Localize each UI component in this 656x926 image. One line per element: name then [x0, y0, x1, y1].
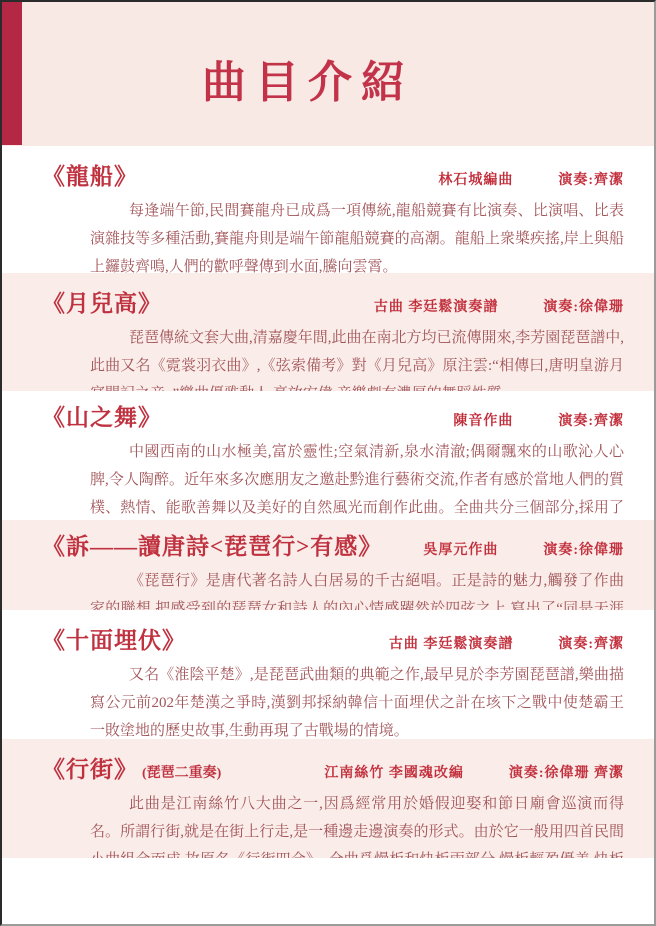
- section-header: 《十面埋伏》 古曲 李廷鬆演奏譜 演奏:齊潔: [42, 622, 624, 655]
- performer-credit: 演奏:徐偉珊: [543, 539, 624, 559]
- composer-credit: 陳音作曲: [453, 410, 513, 430]
- composer-credit: 吳厚元作曲: [423, 539, 498, 559]
- composer-credit: 古曲 李廷鬆演奏譜: [389, 633, 514, 653]
- program-section: 《行街》 (琵琶二重奏) 江南絲竹 李國魂改編 演奏:徐偉珊 齊潔 此曲是江南絲…: [2, 739, 654, 858]
- page-title: 曲目介紹: [2, 2, 614, 110]
- page-header: 曲目介紹: [2, 2, 654, 146]
- performer-credit: 演奏:齊潔: [558, 410, 624, 430]
- performer-credit: 演奏:徐偉珊: [543, 296, 624, 316]
- composer-credit: 林石城編曲: [438, 169, 513, 189]
- song-title: 《訴——讀唐詩<琵琶行>有感》: [42, 528, 382, 561]
- sections: 《龍船》 林石城編曲 演奏:齊潔 每逢端午節,民間賽龍舟已成爲一項傳統,龍船競賽…: [2, 146, 654, 858]
- composer-credit: 古曲 李廷鬆演奏譜: [374, 296, 499, 316]
- song-description: 中國西南的山水極美,富於靈性;空氣清新,泉水清澈;偶爾飄來的山歌沁人心脾,令人陶…: [90, 438, 624, 520]
- program-section: 《月兒高》 古曲 李廷鬆演奏譜 演奏:徐偉珊 琵琶傳統文套大曲,清嘉慶年間,此曲…: [2, 273, 654, 391]
- program-section: 《山之舞》 陳音作曲 演奏:齊潔 中國西南的山水極美,富於靈性;空氣清新,泉水清…: [2, 391, 654, 520]
- performer-credit: 演奏:齊潔: [558, 633, 624, 653]
- program-page: 曲目介紹 《龍船》 林石城編曲 演奏:齊潔 每逢端午節,民間賽龍舟已成爲一項傳統…: [0, 0, 656, 926]
- section-header: 《訴——讀唐詩<琵琶行>有感》 吳厚元作曲 演奏:徐偉珊: [42, 528, 624, 561]
- song-title: 《龍船》: [42, 158, 138, 191]
- song-description: 每逢端午節,民間賽龍舟已成爲一項傳統,龍船競賽有比演奏、比演唱、比表演雜技等多種…: [90, 197, 624, 273]
- song-description: 此曲是江南絲竹八大曲之一,因爲經常用於婚假迎娶和節日廟會巡演而得名。所謂行街,就…: [90, 790, 624, 858]
- composer-credit: 江南絲竹 李國魂改編: [324, 762, 464, 782]
- performer-credit: 演奏:徐偉珊 齊潔: [509, 762, 624, 782]
- song-title: 《月兒高》: [42, 285, 162, 318]
- section-header: 《山之舞》 陳音作曲 演奏:齊潔: [42, 399, 624, 432]
- song-description: 又名《淮陰平楚》,是琵琶武曲類的典範之作,最早見於李芳園琵琶譜,樂曲描寫公元前2…: [90, 661, 624, 739]
- section-header: 《行街》 (琵琶二重奏) 江南絲竹 李國魂改編 演奏:徐偉珊 齊潔: [42, 751, 624, 784]
- red-accent-bar: [2, 2, 22, 145]
- song-title: 《山之舞》: [42, 399, 162, 432]
- song-description: 《琵琶行》是唐代著名詩人白居易的千古絕唱。正是詩的魅力,觸發了作曲家的聯想,把感…: [90, 567, 624, 610]
- program-section: 《龍船》 林石城編曲 演奏:齊潔 每逢端午節,民間賽龍舟已成爲一項傳統,龍船競賽…: [2, 146, 654, 273]
- section-header: 《月兒高》 古曲 李廷鬆演奏譜 演奏:徐偉珊: [42, 285, 624, 318]
- song-title: 《十面埋伏》: [42, 622, 186, 655]
- song-title: 《行街》: [42, 751, 138, 784]
- performer-credit: 演奏:齊潔: [558, 169, 624, 189]
- song-subtitle: (琵琶二重奏): [142, 762, 221, 782]
- program-section: 《訴——讀唐詩<琵琶行>有感》 吳厚元作曲 演奏:徐偉珊 《琵琶行》是唐代著名詩…: [2, 520, 654, 610]
- program-section: 《十面埋伏》 古曲 李廷鬆演奏譜 演奏:齊潔 又名《淮陰平楚》,是琵琶武曲類的典…: [2, 610, 654, 739]
- song-description: 琵琶傳統文套大曲,清嘉慶年間,此曲在南北方均已流傳開來,李芳園琵琶譜中,此曲又名…: [90, 324, 624, 391]
- section-header: 《龍船》 林石城編曲 演奏:齊潔: [42, 158, 624, 191]
